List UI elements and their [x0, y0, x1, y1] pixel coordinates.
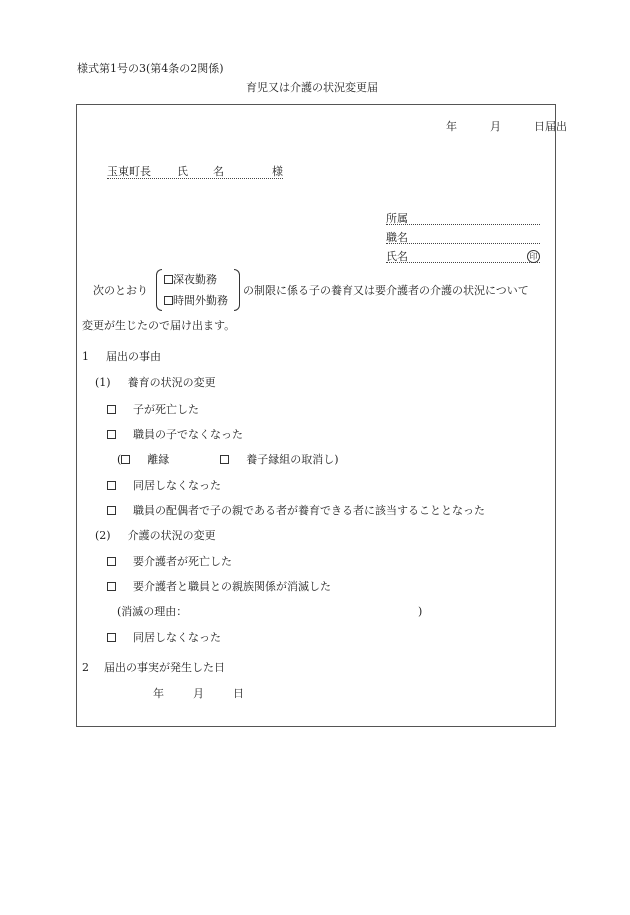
- checkbox-child-died[interactable]: [107, 405, 116, 414]
- affiliation-field: 所属: [386, 213, 540, 225]
- submission-date[interactable]: 年 月 日届出: [446, 121, 567, 132]
- occurrence-month-label: 月: [193, 687, 204, 700]
- submission-month-label: 月: [490, 121, 501, 132]
- option-no-longer-child-label: 職員の子でなくなった: [133, 428, 243, 441]
- checkbox-adoption-cancel[interactable]: [220, 455, 229, 464]
- option-care-recipient-died-label: 要介護者が死亡した: [133, 555, 232, 568]
- name-label: 氏名: [386, 250, 408, 263]
- section1-title: 届出の事由: [106, 350, 161, 363]
- section1-heading: 1 届出の事由: [82, 351, 161, 362]
- subsection1-title: 養育の状況の変更: [128, 376, 216, 389]
- addressee-name-label-1: 氏: [177, 166, 188, 177]
- left-bracket: [156, 269, 162, 311]
- statement-suffix: の制限に係る子の養育又は要介護者の介護の状況について: [243, 285, 529, 296]
- addressee-honorific: 様: [272, 166, 283, 177]
- occurrence-date[interactable]: 年 月 日: [153, 688, 244, 699]
- reason-line: (消滅の理由：: [117, 606, 187, 617]
- subsection1-number: (1): [95, 376, 111, 389]
- document-title: 育児又は介護の状況変更届: [246, 82, 378, 93]
- option-no-longer-cohabit-1-label: 同居しなくなった: [133, 479, 221, 492]
- option-child-died-label: 子が死亡した: [133, 403, 199, 416]
- applicant-affiliation[interactable]: 所属: [386, 213, 540, 225]
- applicant-position[interactable]: 職名: [386, 232, 540, 244]
- statement-prefix: 次のとおり: [93, 285, 148, 296]
- section2-number: 2: [82, 661, 89, 674]
- option-no-longer-cohabit-2[interactable]: 同居しなくなった: [107, 632, 221, 643]
- occurrence-year-label: 年: [153, 687, 164, 700]
- checkbox-no-longer-cohabit-1[interactable]: [107, 481, 116, 490]
- reason-label: (消滅の理由：: [117, 605, 187, 618]
- section1-number: 1: [82, 350, 89, 363]
- option-care-recipient-died[interactable]: 要介護者が死亡した: [107, 556, 232, 567]
- form-number: 様式第1号の3(第4条の2関係): [77, 63, 224, 74]
- option-no-longer-cohabit-2-label: 同居しなくなった: [133, 631, 221, 644]
- checkbox-no-longer-cohabit-2[interactable]: [107, 633, 116, 642]
- checkbox-no-longer-child[interactable]: [107, 430, 116, 439]
- addressee-name-label-2: 名: [213, 166, 224, 177]
- name-field: 氏名 印: [386, 251, 540, 263]
- addressee-office: 玉東町長: [107, 166, 151, 177]
- option-child-died[interactable]: 子が死亡した: [107, 404, 199, 415]
- checkbox-kinship-ended[interactable]: [107, 582, 116, 591]
- position-field: 職名: [386, 232, 540, 244]
- paren-close: ): [334, 453, 338, 466]
- sub-options-adoption: ( 離縁 養子縁組の取消し): [117, 454, 339, 465]
- occurrence-day-label: 日: [233, 687, 244, 700]
- option-kinship-ended[interactable]: 要介護者と職員との親族関係が消滅した: [107, 581, 331, 592]
- option-dissolution-label: 離縁: [147, 453, 169, 466]
- submission-year-label: 年: [446, 121, 457, 132]
- submission-day-label: 日届出: [534, 121, 567, 132]
- work-restriction-options: 深夜勤務 時間外勤務: [156, 269, 240, 311]
- option-adoption-cancel-label: 養子縁組の取消し: [246, 453, 334, 466]
- subsection2-number: (2): [95, 529, 111, 542]
- option-late-night[interactable]: 深夜勤務: [164, 274, 217, 285]
- checkbox-care-recipient-died[interactable]: [107, 557, 116, 566]
- applicant-name[interactable]: 氏名 印: [386, 251, 540, 263]
- checkbox-overtime[interactable]: [164, 296, 173, 305]
- reason-input[interactable]: [198, 606, 418, 618]
- option-no-longer-cohabit-1[interactable]: 同居しなくなった: [107, 480, 221, 491]
- checkbox-late-night[interactable]: [164, 275, 173, 284]
- section2-title: 届出の事実が発生した日: [104, 661, 225, 674]
- affiliation-label: 所属: [386, 212, 408, 225]
- position-label: 職名: [386, 231, 408, 244]
- subsection1-heading: (1) 養育の状況の変更: [95, 377, 216, 388]
- statement-line2: 変更が生じたので届け出ます。: [82, 320, 235, 331]
- option-late-night-label: 深夜勤務: [173, 273, 217, 286]
- subsection2-title: 介護の状況の変更: [128, 529, 216, 542]
- option-overtime-label: 時間外勤務: [173, 294, 228, 307]
- option-no-longer-child[interactable]: 職員の子でなくなった: [107, 429, 243, 440]
- checkbox-spouse-can-raise[interactable]: [107, 506, 116, 515]
- seal-icon: 印: [527, 250, 540, 263]
- option-spouse-can-raise[interactable]: 職員の配偶者で子の親である者が養育できる者に該当することとなった: [107, 505, 485, 516]
- right-bracket: [234, 269, 240, 311]
- addressee-line: 玉東町長 氏 名 様: [107, 166, 283, 181]
- reason-close-paren: ): [418, 606, 422, 617]
- addressee-field[interactable]: 玉東町長 氏 名 様: [107, 166, 283, 179]
- section2-heading: 2 届出の事実が発生した日: [82, 662, 225, 673]
- subsection2-heading: (2) 介護の状況の変更: [95, 530, 216, 541]
- option-overtime[interactable]: 時間外勤務: [164, 295, 228, 306]
- checkbox-dissolution[interactable]: [121, 455, 130, 464]
- option-kinship-ended-label: 要介護者と職員との親族関係が消滅した: [133, 580, 331, 593]
- option-spouse-can-raise-label: 職員の配偶者で子の親である者が養育できる者に該当することとなった: [133, 504, 485, 517]
